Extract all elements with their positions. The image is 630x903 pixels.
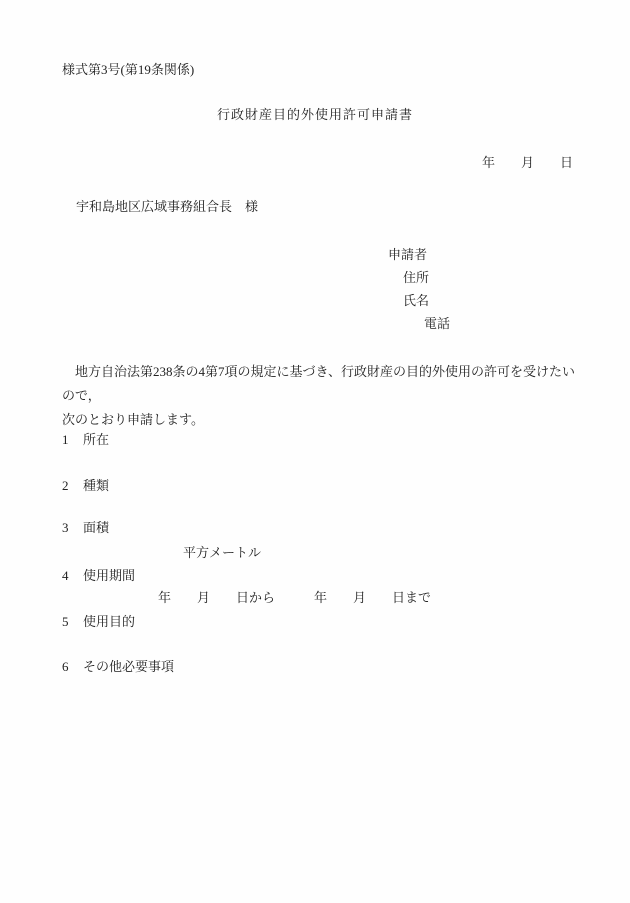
body-paragraph-line2: 次のとおり申請します。 xyxy=(62,408,576,432)
item-use-purpose-number: 5 xyxy=(62,614,83,630)
item-use-period-number: 4 xyxy=(62,568,83,584)
item-use-period-label: 使用期間 xyxy=(83,568,135,583)
item-type: 2種類 xyxy=(62,478,109,494)
item-other-matters-label: その他必要事項 xyxy=(83,659,174,674)
item-area: 3面積 xyxy=(62,520,109,536)
body-paragraph: 地方自治法第238条の4第7項の規定に基づき、行政財産の目的外使用の許可を受けた… xyxy=(62,360,576,432)
item-location-label: 所在 xyxy=(83,432,109,447)
item-other-matters-number: 6 xyxy=(62,659,83,675)
item-use-purpose-label: 使用目的 xyxy=(83,614,135,629)
item-use-purpose: 5使用目的 xyxy=(62,614,135,630)
item-location-number: 1 xyxy=(62,432,83,448)
item-area-label: 面積 xyxy=(83,520,109,535)
item-use-period-placeholder: 年 月 日から 年 月 日まで xyxy=(158,590,431,606)
item-location: 1所在 xyxy=(62,432,109,448)
body-paragraph-line1: 地方自治法第238条の4第7項の規定に基づき、行政財産の目的外使用の許可を受けた… xyxy=(62,360,576,408)
date-placeholder: 年 月 日 xyxy=(482,155,573,171)
item-type-label: 種類 xyxy=(83,478,109,493)
applicant-heading: 申請者 xyxy=(388,247,427,263)
item-area-number: 3 xyxy=(62,520,83,536)
item-area-unit: 平方メートル xyxy=(183,545,261,561)
applicant-address-label: 住所 xyxy=(403,270,429,286)
addressee-line: 宇和島地区広域事務組合長 様 xyxy=(76,199,258,215)
page-title: 行政財産目的外使用許可申請書 xyxy=(0,107,630,123)
item-type-number: 2 xyxy=(62,478,83,494)
application-form-page: 様式第3号(第19条関係) 行政財産目的外使用許可申請書 年 月 日 宇和島地区… xyxy=(0,0,630,903)
form-number: 様式第3号(第19条関係) xyxy=(62,62,194,78)
applicant-name-label: 氏名 xyxy=(403,293,429,309)
item-other-matters: 6その他必要事項 xyxy=(62,659,174,675)
applicant-phone-label: 電話 xyxy=(424,316,450,332)
item-use-period: 4使用期間 xyxy=(62,568,135,584)
